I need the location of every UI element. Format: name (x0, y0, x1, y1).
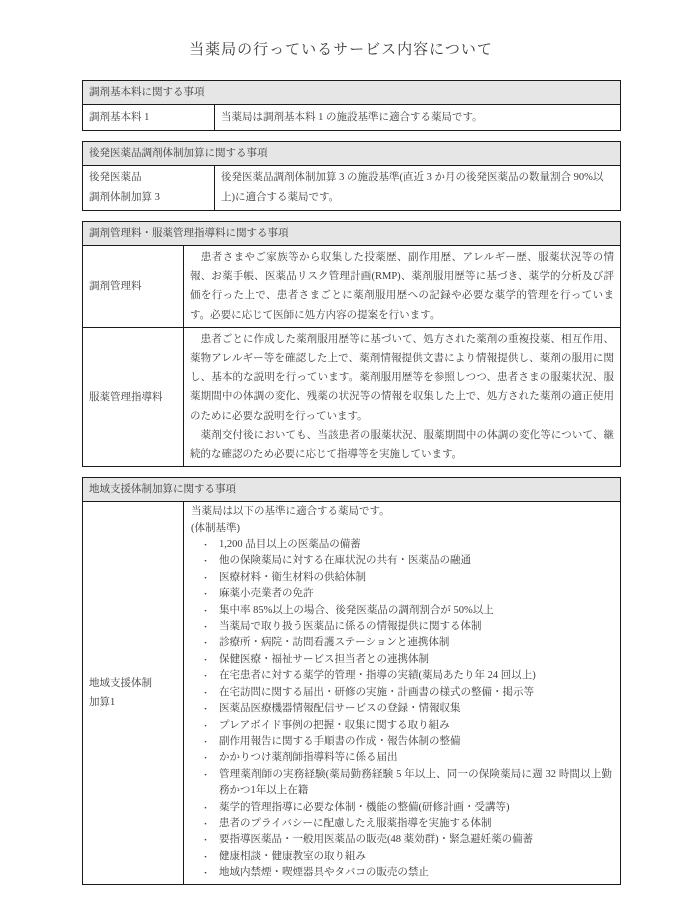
table-row: 地域支援体制 加算1 当薬局は以下の基準に適合する薬局です。 (体制基準) ・1… (83, 502, 621, 884)
row-label-dispensing-management-fee: 調剤管理料 (83, 246, 184, 328)
row-label-regional-support: 地域支援体制 加算1 (83, 502, 184, 884)
row-text-dispensing-basic-fee: 当薬局は調剤基本料 1 の施設基準に適合する薬局です。 (215, 105, 621, 131)
bullet-dot-icon: ・ (201, 570, 219, 586)
bullet-dot-icon: ・ (201, 635, 219, 651)
bullet-dot-icon: ・ (201, 767, 219, 783)
bullet-text: 管理薬剤師の実務経験(薬局勤務経験 5 年以上、同一の保険薬局に週 32 時間以… (219, 767, 612, 800)
bullet-text: かかりつけ薬剤師指導料等に係る届出 (219, 750, 612, 766)
table-row: 後発医薬品 調剤体制加算 3 後発医薬品調剤体制加算 3 の施設基準(直近 3 … (83, 166, 621, 211)
bullet-item: ・薬学的管理指導に必要な体制・機能の整備(研修計画・受講等) (191, 800, 612, 816)
criteria-bullet-list: ・1,200 品目以上の医薬品の備蓄・他の保険薬局に対する在庫状況の共有・医薬品… (191, 537, 612, 882)
bullet-dot-icon: ・ (201, 734, 219, 750)
bullet-dot-icon: ・ (201, 586, 219, 602)
section-header-management-fee: 調剤管理料・服薬管理指導料に関する事項 (83, 222, 621, 246)
intro-line: 当薬局は以下の基準に適合する薬局です。 (191, 504, 612, 520)
bullet-item: ・要指導医薬品・一般用医薬品の販売(48 薬効群)・緊急避妊薬の備蓄 (191, 832, 612, 848)
table-row: 調剤基本料 1 当薬局は調剤基本料 1 の施設基準に適合する薬局です。 (83, 105, 621, 131)
bullet-dot-icon: ・ (201, 849, 219, 865)
row-text-generic-drug: 後発医薬品調剤体制加算 3 の施設基準(直近 3 か月の後発医薬品の数量割合 9… (215, 166, 621, 211)
bullet-text: 医薬品医療機器情報配信サービスの登録・情報収集 (219, 701, 612, 717)
paragraph: 薬剤交付後においても、当該患者の服薬状況、服薬期間中の体調の変化等について、継続… (190, 426, 614, 464)
bullet-text: 健康相談・健康教室の取り組み (219, 849, 612, 865)
row-text-medication-guidance-fee: 患者ごとに作成した薬剤服用歴等に基づいて、処方された薬剤の重複投薬、相互作用、 … (184, 327, 621, 466)
table-row: 服薬管理指導料 患者ごとに作成した薬剤服用歴等に基づいて、処方された薬剤の重複投… (83, 327, 621, 466)
bullet-item: ・他の保険薬局に対する在庫状況の共有・医薬品の融通 (191, 553, 612, 569)
bullet-item: ・管理薬剤師の実務経験(薬局勤務経験 5 年以上、同一の保険薬局に週 32 時間… (191, 767, 612, 800)
bullet-dot-icon: ・ (201, 619, 219, 635)
bullet-text: 他の保険薬局に対する在庫状況の共有・医薬品の融通 (219, 553, 612, 569)
tables-container: 調剤基本料に関する事項 調剤基本料 1 当薬局は調剤基本料 1 の施設基準に適合… (82, 80, 621, 895)
table-management-and-guidance-fee: 調剤管理料・服薬管理指導料に関する事項 調剤管理料 患者さまやご家族等から収集し… (82, 221, 621, 467)
bullet-item: ・副作用報告に関する手順書の作成・報告体制の整備 (191, 734, 612, 750)
table-regional-support-system-addition: 地域支援体制加算に関する事項 地域支援体制 加算1 当薬局は以下の基準に適合する… (82, 477, 621, 884)
bullet-item: ・1,200 品目以上の医薬品の備蓄 (191, 537, 612, 553)
bullet-text: 在宅訪問に関する届出・研修の実施・計画書の様式の整備・掲示等 (219, 685, 612, 701)
bullet-item: ・プレアボイド事例の把握・収集に関する取り組み (191, 718, 612, 734)
bullet-item: ・診療所・病院・訪問看護ステーションと連携体制 (191, 635, 612, 651)
bullet-item: ・在宅患者に対する薬学的管理・指導の実績(薬局あたり年 24 回以上) (191, 668, 612, 684)
bullet-text: 要指導医薬品・一般用医薬品の販売(48 薬効群)・緊急避妊薬の備蓄 (219, 832, 612, 848)
bullet-item: ・健康相談・健康教室の取り組み (191, 849, 612, 865)
bullet-dot-icon: ・ (201, 750, 219, 766)
paragraph: 患者さまやご家族等から収集した投薬歴、副作用歴、アレルギー歴、服薬状況等の情報、… (190, 248, 614, 325)
table-row: 調剤管理料 患者さまやご家族等から収集した投薬歴、副作用歴、アレルギー歴、服薬状… (83, 246, 621, 328)
bullet-dot-icon: ・ (201, 603, 219, 619)
bullet-text: 診療所・病院・訪問看護ステーションと連携体制 (219, 635, 612, 651)
bullet-item: ・かかりつけ薬剤師指導料等に係る届出 (191, 750, 612, 766)
table-row: 地域支援体制加算に関する事項 (83, 478, 621, 502)
bullet-text: 当薬局で取り扱う医薬品に係るの情報提供に関する体制 (219, 619, 612, 635)
row-text-regional-support: 当薬局は以下の基準に適合する薬局です。 (体制基準) ・1,200 品目以上の医… (184, 502, 621, 884)
bullet-dot-icon: ・ (201, 668, 219, 684)
bullet-text: 保健医療・福祉サービス担当者との連携体制 (219, 652, 612, 668)
bullet-text: 1,200 品目以上の医薬品の備蓄 (219, 537, 612, 553)
document-page: 当薬局の行っているサービス内容について 調剤基本料に関する事項 調剤基本料 1 … (0, 0, 682, 898)
bullet-text: 副作用報告に関する手順書の作成・報告体制の整備 (219, 734, 612, 750)
page-title: 当薬局の行っているサービス内容について (0, 0, 682, 59)
bullet-dot-icon: ・ (201, 652, 219, 668)
table-dispensing-basic-fee: 調剤基本料に関する事項 調剤基本料 1 当薬局は調剤基本料 1 の施設基準に適合… (82, 80, 621, 131)
bullet-dot-icon: ・ (201, 537, 219, 553)
bullet-item: ・集中率 85%以上の場合、後発医薬品の調剤割合が 50%以上 (191, 603, 612, 619)
row-label-medication-guidance-fee: 服薬管理指導料 (83, 327, 184, 466)
bullet-item: ・当薬局で取り扱う医薬品に係るの情報提供に関する体制 (191, 619, 612, 635)
paragraph: 患者ごとに作成した薬剤服用歴等に基づいて、処方された薬剤の重複投薬、相互作用、 … (190, 330, 614, 426)
bullet-dot-icon: ・ (201, 685, 219, 701)
bullet-dot-icon: ・ (201, 800, 219, 816)
table-generic-drug-system-addition: 後発医薬品調剤体制加算に関する事項 後発医薬品 調剤体制加算 3 後発医薬品調剤… (82, 141, 621, 211)
bullet-text: 在宅患者に対する薬学的管理・指導の実績(薬局あたり年 24 回以上) (219, 668, 612, 684)
bullet-text: 医療材料・衛生材料の供給体制 (219, 570, 612, 586)
bullet-dot-icon: ・ (201, 553, 219, 569)
bullet-item: ・保健医療・福祉サービス担当者との連携体制 (191, 652, 612, 668)
bullet-item: ・麻薬小売業者の免許 (191, 586, 612, 602)
table-row: 調剤管理料・服薬管理指導料に関する事項 (83, 222, 621, 246)
table-row: 後発医薬品調剤体制加算に関する事項 (83, 142, 621, 166)
bullet-dot-icon: ・ (201, 865, 219, 881)
section-header-regional-support: 地域支援体制加算に関する事項 (83, 478, 621, 502)
bullet-text: 地域内禁煙・喫煙器具やタバコの販売の禁止 (219, 865, 612, 881)
intro-line: (体制基準) (191, 521, 612, 537)
bullet-dot-icon: ・ (201, 816, 219, 832)
bullet-item: ・医薬品医療機器情報配信サービスの登録・情報収集 (191, 701, 612, 717)
bullet-item: ・地域内禁煙・喫煙器具やタバコの販売の禁止 (191, 865, 612, 881)
row-label-generic-drug: 後発医薬品 調剤体制加算 3 (83, 166, 215, 211)
table-row: 調剤基本料に関する事項 (83, 81, 621, 105)
bullet-item: ・医療材料・衛生材料の供給体制 (191, 570, 612, 586)
bullet-item: ・在宅訪問に関する届出・研修の実施・計画書の様式の整備・掲示等 (191, 685, 612, 701)
bullet-dot-icon: ・ (201, 718, 219, 734)
bullet-text: 麻薬小売業者の免許 (219, 586, 612, 602)
bullet-text: 集中率 85%以上の場合、後発医薬品の調剤割合が 50%以上 (219, 603, 612, 619)
bullet-item: ・患者のプライバシーに配慮したえ服薬指導を実施する体制 (191, 816, 612, 832)
bullet-text: プレアボイド事例の把握・収集に関する取り組み (219, 718, 612, 734)
bullet-text: 薬学的管理指導に必要な体制・機能の整備(研修計画・受講等) (219, 800, 612, 816)
row-text-dispensing-management-fee: 患者さまやご家族等から収集した投薬歴、副作用歴、アレルギー歴、服薬状況等の情報、… (184, 246, 621, 328)
bullet-dot-icon: ・ (201, 701, 219, 717)
section-header-generic-drug: 後発医薬品調剤体制加算に関する事項 (83, 142, 621, 166)
section-header-dispensing-basic-fee: 調剤基本料に関する事項 (83, 81, 621, 105)
bullet-dot-icon: ・ (201, 832, 219, 848)
bullet-text: 患者のプライバシーに配慮したえ服薬指導を実施する体制 (219, 816, 612, 832)
row-label-dispensing-basic-fee: 調剤基本料 1 (83, 105, 215, 131)
